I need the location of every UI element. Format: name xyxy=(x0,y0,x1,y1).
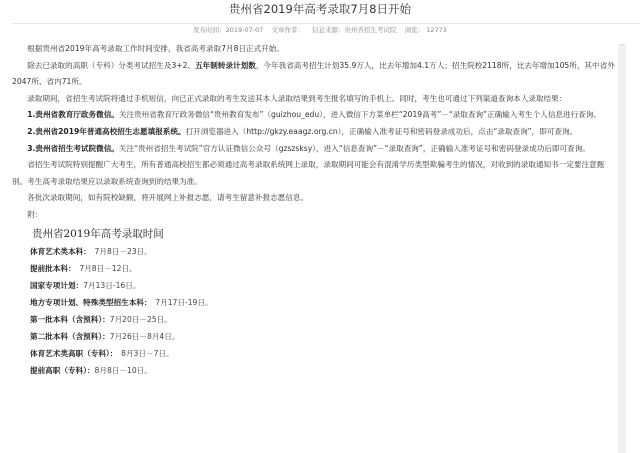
schedule-date: 7月8日－12日。 xyxy=(72,264,137,273)
schedule-label: 体育艺术类高职（专科）： xyxy=(30,349,114,358)
schedule-date: 7月13日-16日。 xyxy=(83,281,140,290)
schedule-row: 地方专项计划、特殊类型招生本科： 7月17日-19日。 xyxy=(30,294,616,311)
scroll-up-arrow-icon[interactable]: ˄ xyxy=(618,44,626,52)
channel-3: 3.贵州省招生考试院微信。关注“贵州省招生考试院”官方认证微信公众号（gzszs… xyxy=(12,141,616,158)
channel-1: 1.贵州省教育厅政务微信。关注贵州省教育厅政务微信“贵州教育发布”（guizho… xyxy=(12,107,616,124)
channel-3-title: 3.贵州省招生考试院微信。 xyxy=(27,144,119,153)
channel-1-text: 关注贵州省教育厅政务微信“贵州教育发布”（guizhou_edu），进入微信下方… xyxy=(119,110,601,119)
schedule-date: 7月20日－25日。 xyxy=(110,315,172,324)
paragraph-supplement: 各批次录取期间，如有院校缺额，将开展网上补报志愿，请考生留意补报志愿信息。 xyxy=(12,190,616,207)
channel-1-title: 1.贵州省教育厅政务微信。 xyxy=(27,110,119,119)
schedule-title: 贵州省2019年高考录取时间 xyxy=(32,225,616,243)
title-divider xyxy=(12,23,640,24)
schedule-date: 8月3日－7日。 xyxy=(114,349,174,358)
schedule-row: 体育艺术类本科： 7月8日－23日。 xyxy=(30,243,616,260)
schedule-label: 地方专项计划、特殊类型招生本科： xyxy=(30,298,148,307)
paragraph-intro: 根据贵州省2019年高考录取工作时间安排，我省高考录取7月8日正式开始。 xyxy=(12,41,616,58)
schedule-row: 第一批本科（含预科）：7月20日－25日。 xyxy=(30,311,616,328)
schedule-label: 提前批本科： xyxy=(30,264,72,273)
schedule-date: 7月8日－23日。 xyxy=(87,247,152,256)
schedule-row: 体育艺术类高职（专科）： 8月3日－7日。 xyxy=(30,345,616,362)
channel-2: 2.贵州省2019年普通高校招生志愿填报系统。打开浏览器进入（http://gk… xyxy=(12,124,616,141)
schedule-list: 体育艺术类本科： 7月8日－23日。 提前批本科： 7月8日－12日。 国家专项… xyxy=(12,243,616,379)
schedule-date: 7月26日－8月4日。 xyxy=(110,332,180,341)
view-count: 浏览： 12773 xyxy=(405,26,447,34)
schedule-label: 国家专项计划： xyxy=(30,281,83,290)
schedule-date: 8月8日－10日。 xyxy=(95,366,152,375)
schedule-label: 体育艺术类本科： xyxy=(30,247,87,256)
source: 信息来源：贵州省招生考试院 xyxy=(312,26,397,34)
schedule-label: 第二批本科（含预科）： xyxy=(30,332,110,341)
paragraph-notification: 录取期间，省招生考试院将通过手机短信，向已正式录取的考生发送其本人录取结果到考生… xyxy=(12,91,616,108)
channel-2-text: 打开浏览器进入（http://gkzy.eaagz.org.cn），正确输入准考… xyxy=(186,127,578,136)
paragraph-warning: 省招生考试院特别提醒广大考生，所有普通高校招生都必须通过高考录取系统网上录取，录… xyxy=(12,157,616,190)
article-title: 贵州省2019年高考录取7月8日开始 xyxy=(0,0,640,22)
channel-3-text: 关注“贵州省招生考试院”官方认证微信公众号（gzszsksy），进入“信息查询”… xyxy=(119,144,590,153)
publish-time: 发布时间：2019-07-07 xyxy=(193,26,263,34)
channel-2-title: 2.贵州省2019年普通高校招生志愿填报系统。 xyxy=(27,127,185,136)
paragraph-plan-part1: 除去已录取的高职（专科）分类考试招生及3+2、 xyxy=(27,61,195,70)
schedule-row: 第二批本科（含预科）：7月26日－8月4日。 xyxy=(30,328,616,345)
paragraph-plan-bold: 五年制转录计划数 xyxy=(195,61,256,70)
article-body: 根据贵州省2019年高考录取工作时间安排，我省高考录取7月8日正式开始。 除去已… xyxy=(12,41,616,379)
author: 文章作者： xyxy=(271,26,304,34)
schedule-date: 7月17日-19日。 xyxy=(148,298,213,307)
paragraph-attachment: 附： xyxy=(12,207,616,224)
article-meta: 发布时间：2019-07-07 文章作者： 信息来源：贵州省招生考试院 浏览： … xyxy=(0,25,640,35)
schedule-row: 提前高职（专科）：8月8日－10日。 xyxy=(30,362,616,379)
vertical-scrollbar[interactable]: ˄ xyxy=(618,44,626,453)
paragraph-plan: 除去已录取的高职（专科）分类考试招生及3+2、五年制转录计划数，今年我省高考招生… xyxy=(12,58,616,91)
schedule-label: 第一批本科（含预科）： xyxy=(30,315,110,324)
schedule-row: 国家专项计划：7月13日-16日。 xyxy=(30,277,616,294)
schedule-label: 提前高职（专科）： xyxy=(30,366,95,375)
schedule-row: 提前批本科： 7月8日－12日。 xyxy=(30,260,616,277)
